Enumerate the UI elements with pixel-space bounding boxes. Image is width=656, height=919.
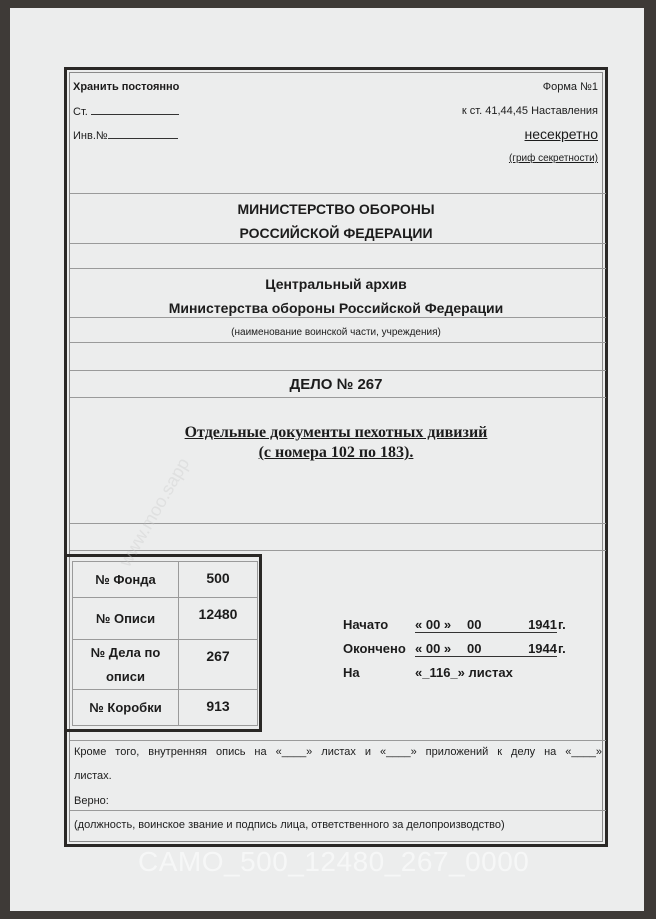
case-description-line2: (с номера 102 по 183). — [66, 444, 606, 462]
form-reference: к ст. 41,44,45 Наставления — [462, 105, 598, 117]
started-label: Начато — [343, 617, 388, 632]
sheets-label: На — [343, 665, 360, 680]
rule — [70, 317, 606, 318]
inv-field — [108, 138, 178, 139]
started-year: 1941 — [528, 617, 557, 632]
started-date: « 00 » 00 1941 — [415, 617, 557, 633]
archive-card-table: № Фонда 500 № Описи 12480 № Дела по опис… — [72, 561, 258, 726]
rule — [70, 243, 606, 244]
started-year-suffix: г. — [558, 617, 566, 632]
institution-caption: (наименование воинской части, учреждения… — [66, 327, 606, 338]
inv-label-text: Инв.№ — [73, 130, 108, 142]
sheets-count: «_116_» листах — [415, 665, 513, 680]
table-row: № Описи 12480 — [73, 598, 258, 640]
rule — [70, 740, 606, 741]
st-field — [91, 114, 179, 115]
inventory-note: Кроме того, внутренняя опись на «____» л… — [74, 746, 602, 758]
ministry-line1: МИНИСТЕРСТВО ОБОРОНЫ — [66, 201, 606, 217]
keep-permanently-label: Хранить постоянно — [73, 81, 179, 93]
rule — [70, 397, 606, 398]
ended-day: « 00 » — [415, 641, 451, 656]
fond-label: № Фонда — [73, 562, 179, 598]
verified-label: Верно: — [74, 795, 109, 807]
table-row: № Фонда 500 — [73, 562, 258, 598]
classification-caption: (гриф секретности) — [509, 153, 598, 164]
rule — [70, 810, 606, 811]
inv-label: Инв.№ — [73, 130, 178, 142]
table-row: № Коробки 913 — [73, 690, 258, 726]
st-label-text: Ст. — [73, 106, 88, 118]
ended-year-suffix: г. — [558, 641, 566, 656]
ministry-line2: РОССИЙСКОЙ ФЕДЕРАЦИИ — [66, 225, 606, 241]
case-description-line1: Отдельные документы пехотных дивизий — [66, 424, 606, 442]
rule — [70, 342, 606, 343]
rule — [70, 370, 606, 371]
rule — [70, 268, 606, 269]
ended-month: 00 — [467, 641, 481, 656]
form-number: Форма №1 — [543, 81, 598, 93]
started-month: 00 — [467, 617, 481, 632]
delo-label: № Дела по описи — [73, 640, 179, 690]
sheets-suffix: листах — [469, 665, 513, 680]
institution-line2: Министерства обороны Российской Федераци… — [66, 300, 606, 316]
opis-value: 12480 — [179, 598, 258, 640]
started-day: « 00 » — [415, 617, 451, 632]
opis-label: № Описи — [73, 598, 179, 640]
case-title: ДЕЛО № 267 — [66, 376, 606, 393]
classification: несекретно — [525, 126, 598, 142]
inventory-note-cont: листах. — [74, 770, 112, 782]
institution-line1: Центральный архив — [66, 276, 606, 292]
ended-year: 1944 — [528, 641, 557, 656]
rule — [70, 193, 606, 194]
ended-date: « 00 » 00 1944 — [415, 641, 557, 657]
fond-value: 500 — [179, 562, 258, 598]
signature-caption: (должность, воинское звание и подпись ли… — [74, 819, 505, 831]
table-row: № Дела по описи 267 — [73, 640, 258, 690]
delo-value: 267 — [179, 640, 258, 690]
st-label: Ст. — [73, 106, 179, 118]
rule — [70, 550, 606, 551]
box-value: 913 — [179, 690, 258, 726]
sheets-value: «_116_» — [415, 665, 465, 680]
scan-watermark: CAMO_500_12480_267_0000 — [138, 846, 529, 878]
ended-label: Окончено — [343, 641, 406, 656]
box-label: № Коробки — [73, 690, 179, 726]
